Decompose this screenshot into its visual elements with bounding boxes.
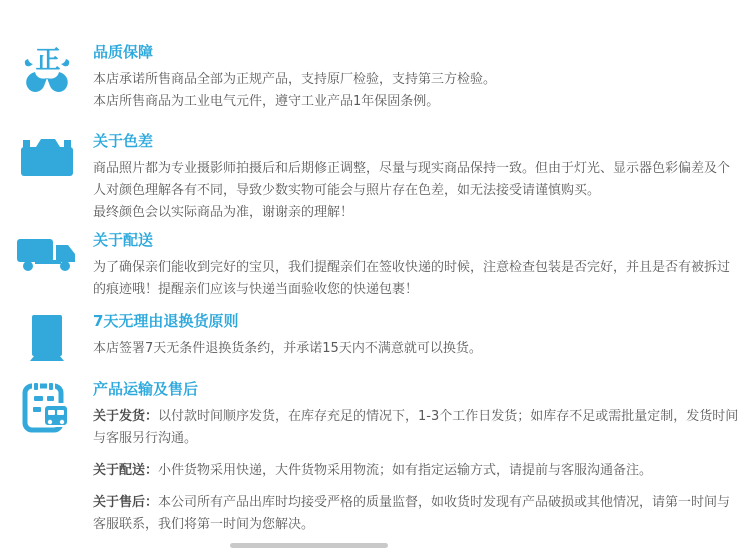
- section-shipping-aftersales: 产品运输及售后 关于发货：以付款时间顺序发货，在库存充足的情况下，1-3个工作日…: [0, 379, 750, 536]
- section-text-line: 本店承诺所售商品全部为正规产品，支持原厂检验，支持第三方检验。: [93, 69, 742, 91]
- aftersale-item-aftersales: 关于售后：本公司所有产品出库时均接受严格的质量监督，如收货时发现有产品破损或其他…: [93, 492, 742, 536]
- aftersale-item-text: 本公司所有产品出库时均接受严格的质量监督，如收货时发现有产品破损或其他情况，请第…: [93, 495, 730, 532]
- section-title: 产品运输及售后: [93, 379, 742, 399]
- section-text-line: 商品照片都为专业摄影师拍摄后和后期修正调整，尽量与现实商品保持一致。但由于灯光、…: [93, 158, 742, 202]
- section-text-line: 最终颜色会以实际商品为准，谢谢亲的理解！: [93, 202, 742, 224]
- aftersale-item-delivery: 关于配送：小件货物采用快递，大件货物采用物流；如有指定运输方式，请提前与客服沟通…: [93, 460, 742, 482]
- section-text-line: 本店签署7天无条件退换货条约，并承诺15天内不满意就可以换货。: [93, 338, 742, 360]
- section-title: 关于色差: [93, 131, 742, 151]
- logistics-clipboard-bus-icon: [22, 381, 72, 433]
- aftersale-item-text: 以付款时间顺序发货，在库存充足的情况下，1-3个工作日发货；如库存不足或需批量定…: [93, 409, 738, 446]
- aftersale-item-label: 关于配送：: [93, 463, 158, 478]
- product-service-info-page: 正 品质保障 本店承诺所售商品全部为正规产品，支持原厂检验，支持第三方检验。 本…: [0, 0, 750, 536]
- section-title: 关于配送: [93, 230, 742, 250]
- section-delivery: 关于配送 为了确保亲们能收到完好的宝贝，我们提醒亲们在签收快递的时候，注意检查包…: [0, 230, 750, 301]
- package-box-icon: [25, 313, 69, 363]
- section-text-line: 本店所售商品为工业电气元件，遵守工业产品1年保固条例。: [93, 91, 742, 113]
- aftersale-item-text: 小件货物采用快递，大件货物采用物流；如有指定运输方式，请提前与客服沟通备注。: [158, 463, 652, 478]
- camera-icon: [19, 133, 75, 179]
- aftersale-item-label: 关于发货：: [93, 409, 158, 424]
- delivery-truck-icon: [15, 232, 79, 278]
- section-quality-assurance: 正 品质保障 本店承诺所售商品全部为正规产品，支持原厂检验，支持第三方检验。 本…: [0, 42, 750, 113]
- hands-holding-genuine-icon: 正: [21, 44, 73, 98]
- section-title: 7天无理由退换货原则: [93, 311, 742, 331]
- horizontal-scrollbar-thumb[interactable]: [230, 543, 388, 548]
- aftersale-item-label: 关于售后：: [93, 495, 158, 510]
- section-color-difference: 关于色差 商品照片都为专业摄影师拍摄后和后期修正调整，尽量与现实商品保持一致。但…: [0, 131, 750, 224]
- genuine-glyph: 正: [35, 45, 60, 74]
- section-title: 品质保障: [93, 42, 742, 62]
- section-return-policy: 7天无理由退换货原则 本店签署7天无条件退换货条约，并承诺15天内不满意就可以换…: [0, 311, 750, 363]
- aftersale-item-shipping: 关于发货：以付款时间顺序发货，在库存充足的情况下，1-3个工作日发货；如库存不足…: [93, 406, 742, 450]
- section-text-line: 为了确保亲们能收到完好的宝贝，我们提醒亲们在签收快递的时候，注意检查包装是否完好…: [93, 257, 742, 301]
